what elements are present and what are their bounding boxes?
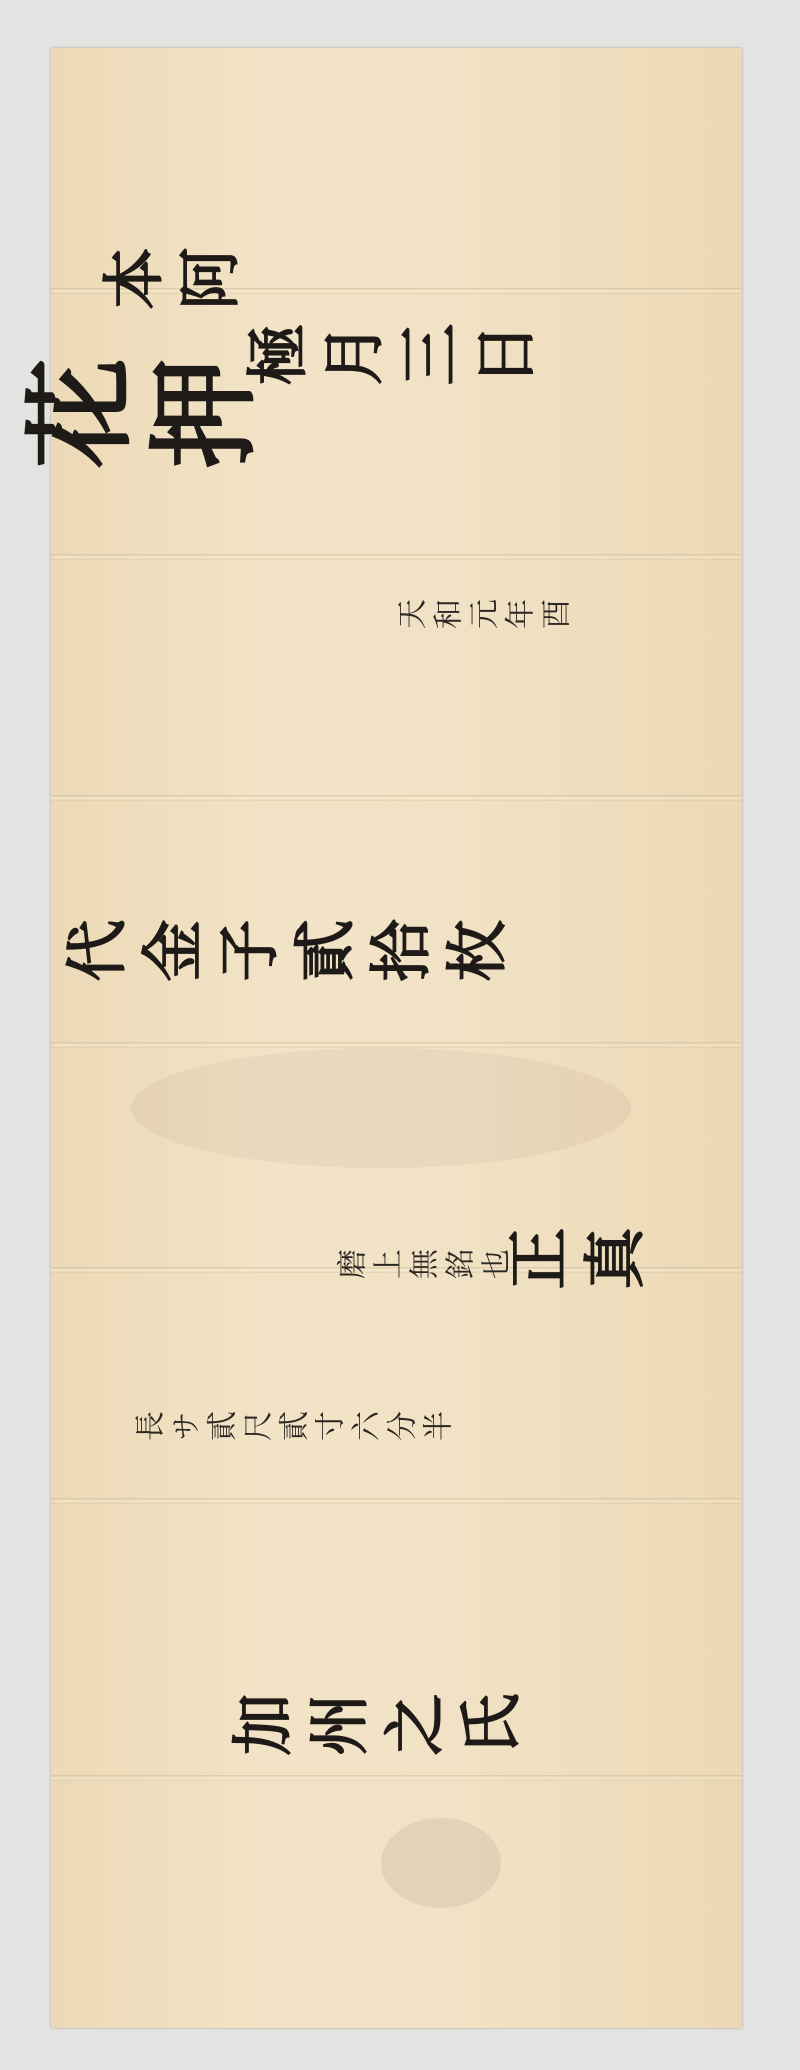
fold-line [51,1042,742,1048]
stain [381,1818,501,1908]
text-date-line: 極月三日 [245,329,549,391]
text-value: 代金子貳拾枚 [64,925,520,987]
fold-line [51,795,742,801]
kao-mark: 花押 [22,367,270,477]
text-note-length: 長サ貳尺貳寸六分半 [134,1415,458,1445]
text-signature: 本阿 [101,253,253,315]
origami-paper: 極月三日 本阿 花押 天和元年酉 代金子貳拾枚 正真 磨上無銘也 長サ貳尺貳寸六… [51,48,742,2028]
text-era-date: 天和元年酉 [396,603,576,633]
fold-line [51,554,742,560]
fold-line [51,1775,742,1781]
text-authentic: 正真 [506,1233,658,1295]
text-note-unsigned: 磨上無銘也 [336,1253,516,1283]
text-smith-name: 加州之氏 [230,1699,534,1761]
ink-offset-stain [131,1048,631,1168]
fold-line [51,1498,742,1504]
